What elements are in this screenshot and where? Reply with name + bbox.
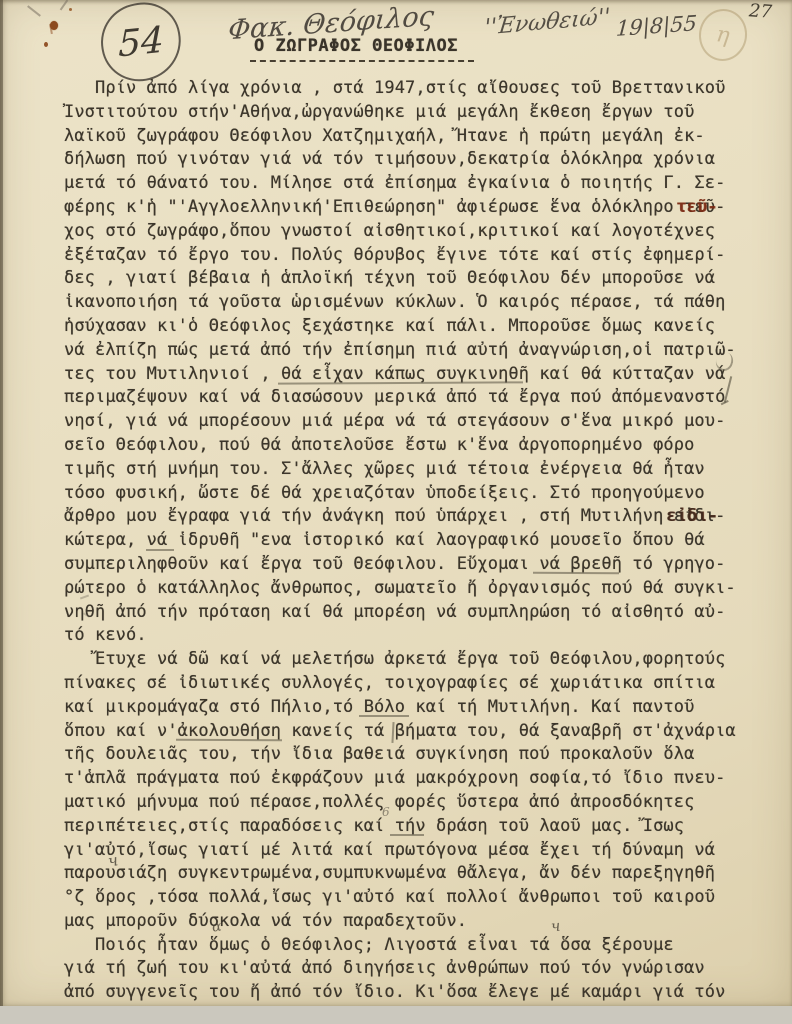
typed-line: τ'ἁπλᾶ πράγματα πού ἐκφράζουν μιά μακρόχ… (64, 767, 764, 791)
typed-line: νά ἐλπίζη πώς μετά ἀπό τήν ἐπίσημη πιά α… (64, 339, 764, 363)
typed-line: Πρίν ἀπό λίγα χρόνια , στά 1947,στίς αἴθ… (64, 77, 764, 101)
typed-line: τό κενό. (64, 624, 764, 648)
typed-line: ὅπου καί ν'ἀκολουθήση κανείς τά βήματα τ… (64, 720, 764, 744)
typed-line: νησί, γιά νά μπορέσουν μιά μέρα νά τά στ… (64, 410, 764, 434)
typed-line: μετά τό θάνατό του. Μίλησε στά ἐπίσημα ἐ… (64, 172, 764, 196)
pencil-scratch (60, 0, 69, 10)
typed-line: τόσο φυσική, ὥστε δέ θά χρειαζόταν ὑποδε… (64, 482, 764, 506)
typed-line: τῆς δουλειᾶς του, τήν ἴδια βαθειά συγκίν… (64, 743, 764, 767)
typed-line: ἐξέταζαν τό ἔργο του. Πολύς θόρυβος ἔγιν… (64, 244, 764, 268)
typed-line: μας μποροῦν δύσκολα νά τόν παραδεχτοῦν. (64, 910, 764, 934)
circled-folio-number: 54 (95, 0, 187, 87)
typed-line: τιμῆς στή μνήμη του. Σ'ἄλλες χῶρες μιά τ… (64, 458, 764, 482)
typed-text-block: Πρίν ἀπό λίγα χρόνια , στά 1947,στίς αἴθ… (64, 77, 764, 1005)
typed-line: Ἰνστιτούτου στήν'Αθήνα,ὠργανώθηκε μιά με… (64, 101, 764, 125)
typed-line: δήλωση πού γινόταν γιά νά τόν τιμήσουν,δ… (64, 148, 764, 172)
document-title: Ο ΖΩΓΡΑΦΟΣ ΘΕΟΦΙΛΟΣ (250, 36, 474, 62)
pencil-underline (390, 834, 424, 836)
handwritten-faint-digit: 6 (382, 805, 390, 819)
paper-sheet: 54 Φακ. Θεόφιλος ''Ἐνωθειώ'' 19|8|55 η 2… (0, 0, 792, 1006)
handwritten-date-note: 19|8|55 (615, 11, 697, 41)
typed-line: γι'αὐτό,ἴσως γιατί μέ λιτά καί πρωτόγονα… (64, 839, 764, 863)
typed-line: πίνακες σέ ἰδιωτικές συλλογές, τοιχογραφ… (64, 672, 764, 696)
typed-line: ἡσύχασαν κι'ὁ Θεόφιλος ξεχάστηκε καί πάλ… (64, 315, 764, 339)
typed-line: Ποιός ἦταν ὅμως ὁ Θεόφιλος; Λιγοστά εἶνα… (64, 934, 764, 958)
ink-speck (44, 42, 48, 47)
typed-line: φέρης κ'ἡ "'Αγγλοελληνική'Επιθεώρηση" ἀφ… (64, 196, 764, 220)
typed-line: ἀπό συγγενεῖς του ἤ ἀπό τόν ἴδιο. Κι'ὅσα… (64, 981, 764, 1005)
handwritten-publication-note: ''Ἐνωθειώ'' (483, 4, 612, 40)
typed-line: χος στό ζωγράφο,ὅπου γνωστοί αἰσθητικοί,… (64, 220, 764, 244)
typed-line: συμπεριληφθοῦν καί ἔργα τοῦ Θεόφιλου. Εὔ… (64, 553, 764, 577)
typed-line: σεῖο Θεόφιλου, πού θά ἀποτελοῦσε ἔστω κ'… (64, 434, 764, 458)
red-overstrike-text: τεῦ- (676, 196, 717, 220)
typed-line: °ζ ὅρος ,τόσα πολλά,ἴσως γι'αὐτό καί πολ… (64, 886, 764, 910)
dark-overstrike-text: εἰδι- (666, 505, 718, 529)
handwritten-superscript-correction: α (211, 918, 223, 935)
paper-left-edge (0, 0, 3, 1006)
pencil-underline (359, 715, 409, 717)
typed-line: παρουσιάζη συγκεντρωμένα,συμπυκνωμένα θἄ… (64, 862, 764, 886)
pencil-underline (146, 549, 174, 551)
page-number: 27 (748, 0, 772, 23)
faint-circled-mark: η (696, 6, 751, 64)
typed-line: ἱκανοποιήση τά γοῦστα ὡρισμένων κύκλων. … (64, 291, 764, 315)
handwritten-superscript-correction: ч (550, 917, 561, 936)
ink-speck (69, 8, 72, 11)
typed-line: καί μικρομάγαζα στό Πήλιο,τό Βόλο καί τή… (64, 696, 764, 720)
typed-line: λαϊκοῦ ζωγράφου Θεόφιλου Χατζημιχαήλ, Ἤτ… (64, 125, 764, 149)
typed-line: γιά τή ζωή του κι'αὐτά ἀπό διηγήσεις ἀνθ… (64, 957, 764, 981)
typed-line: ματικό μήνυμα πού πέρασε,πολλές φορές ὕσ… (64, 791, 764, 815)
scanned-typescript-page: { "colors": { "paper": "#e9dfc2", "typew… (0, 0, 792, 1024)
typed-line: περιμαζέψουν καί νά διασώσουν μερικά ἀπό… (64, 386, 764, 410)
folio-number: 54 (118, 19, 164, 65)
typed-line: Ἔτυχε νά δῶ καί νά μελετήσω ἀρκετά ἔργα … (64, 648, 764, 672)
typed-line: δες , γιατί βέβαια ἡ ἁπλοϊκή τέχνη τοῦ Θ… (64, 267, 764, 291)
typed-line: ἄρθρο μου ἔγραφα γιά τήν ἀνάγκη πού ὑπάρ… (64, 505, 764, 529)
typed-line: ρώτερο ὁ κατάλληλος ἄνθρωπος, σωματεῖο ἤ… (64, 577, 764, 601)
typed-line: νηθῆ ἀπό τήν πρόταση καί θά μπορέση νά σ… (64, 601, 764, 625)
pencil-scratch (27, 5, 41, 16)
